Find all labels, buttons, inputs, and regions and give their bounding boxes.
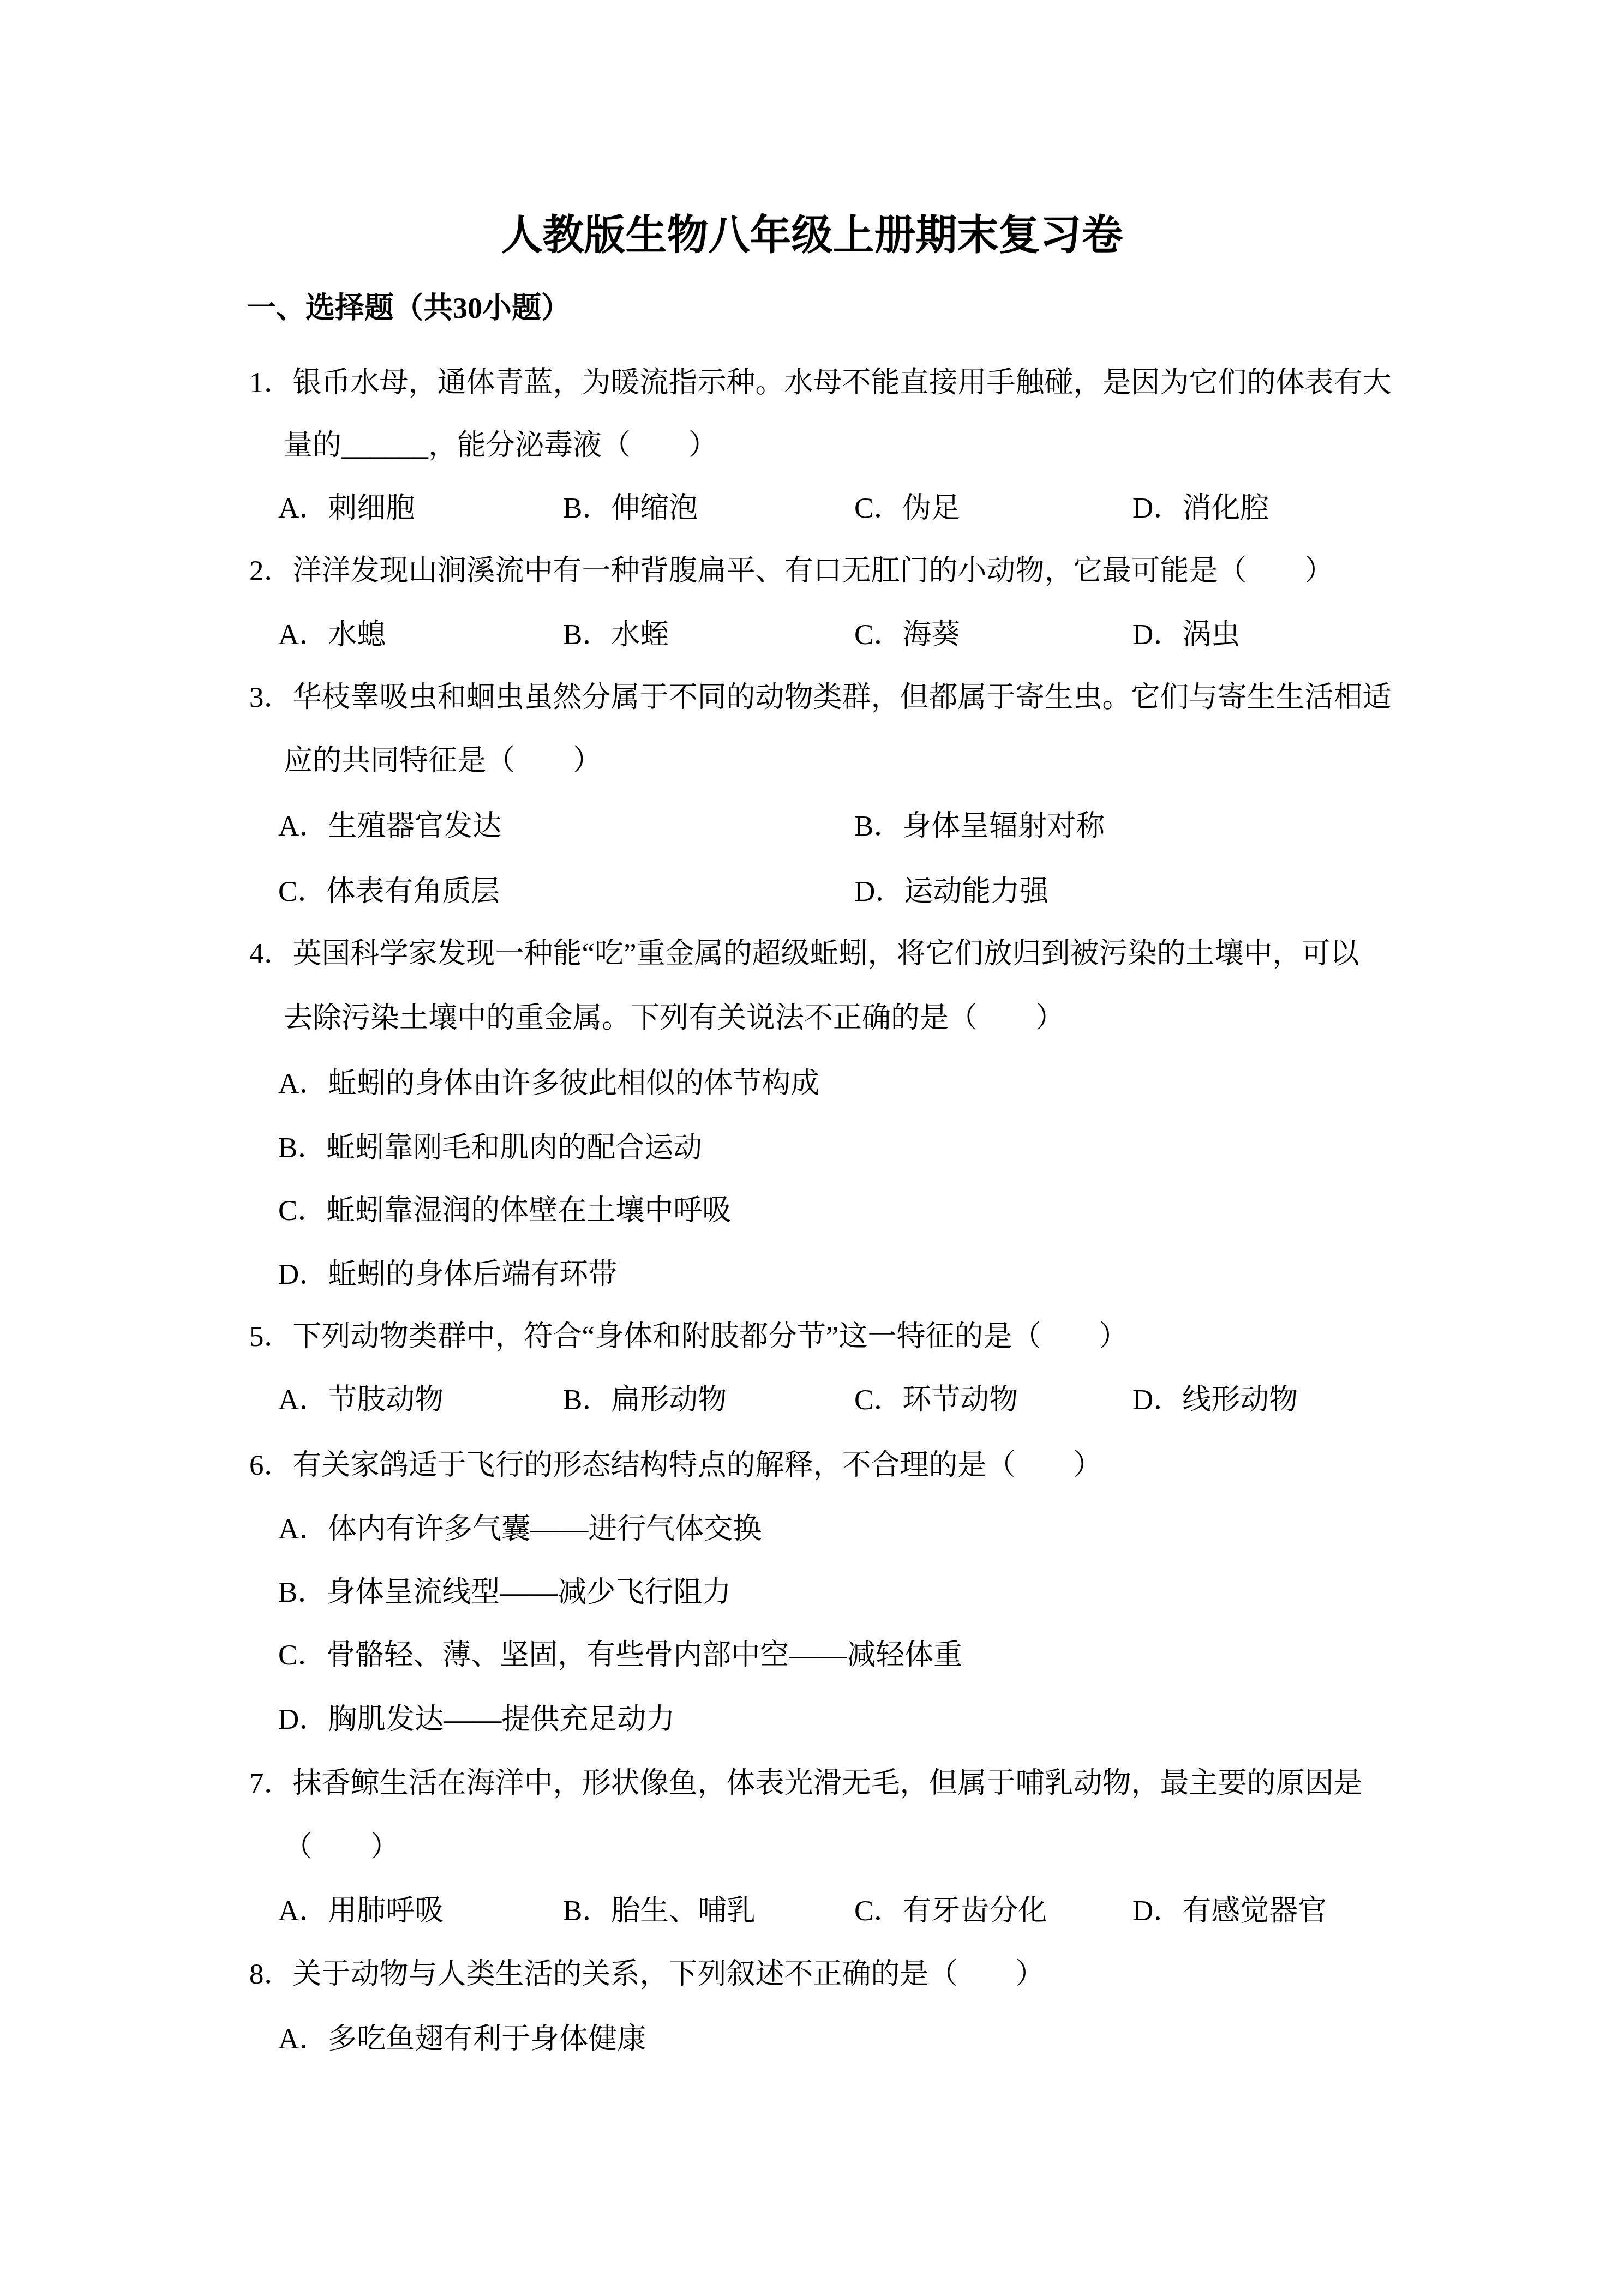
question-4-option-a: A．蚯蚓的身体由许多彼此相似的体节构成 [278, 1066, 819, 1101]
question-2-number: 2． [249, 554, 293, 588]
question-4-option-row-a: A．蚯蚓的身体由许多彼此相似的体节构成 [0, 1066, 1624, 1101]
question-1-option-b: B．伸缩泡 [563, 491, 698, 526]
question-1-stem-line-1: 1．银币水母，通体青蓝，为暖流指示种。水母不能直接用手触碰，是因为它们的体表有大 [249, 365, 1392, 400]
question-6-stem-line-1: 6．有关家鸽适于飞行的形态结构特点的解释，不合理的是（ ） [249, 1448, 1102, 1483]
question-3-option-c: C．体表有角质层 [278, 874, 500, 909]
question-4-option-b: B．蚯蚓靠刚毛和肌肉的配合运动 [278, 1131, 702, 1165]
question-3-options-row-2: C．体表有角质层 D．运动能力强 [0, 874, 1624, 909]
question-5-text: 下列动物类群中，符合“身体和附肢都分节”这一特征的是（ ） [293, 1321, 1128, 1353]
question-1-number: 1． [249, 365, 293, 400]
question-7-option-c: C．有牙齿分化 [854, 1894, 1047, 1928]
question-5-option-a: A．节肢动物 [278, 1383, 444, 1417]
question-4-stem-line-2: 去除污染土壤中的重金属。下列有关说法不正确的是（ ） [284, 1001, 1064, 1036]
question-8-text: 关于动物与人类生活的关系，下列叙述不正确的是（ ） [293, 1958, 1045, 1990]
question-1-text: 银币水母，通体青蓝，为暖流指示种。水母不能直接用手触碰，是因为它们的体表有大 [293, 367, 1392, 399]
question-3-text: 华枝睾吸虫和蛔虫虽然分属于不同的动物类群，但都属于寄生虫。它们与寄生生活相适 [293, 682, 1392, 713]
question-7-number: 7． [249, 1766, 293, 1801]
question-2-option-d: D．涡虫 [1132, 617, 1240, 652]
question-1-option-c: C．伪足 [854, 491, 960, 526]
question-4-option-row-c: C．蚯蚓靠湿润的体壁在土壤中呼吸 [0, 1193, 1624, 1228]
question-1-stem-line-2: 量的______，能分泌毒液（ ） [284, 428, 717, 463]
question-1-options: A．刺细胞 B．伸缩泡 C．伪足 D．消化腔 [0, 491, 1624, 526]
question-7-options: A．用肺呼吸 B．胎生、哺乳 C．有牙齿分化 D．有感觉器官 [0, 1894, 1624, 1928]
question-6-option-row-d: D．胸肌发达——提供充足动力 [0, 1702, 1624, 1737]
question-6-option-c: C．骨骼轻、薄、坚固，有些骨内部中空——减轻体重 [278, 1638, 962, 1673]
question-4-option-c: C．蚯蚓靠湿润的体壁在土壤中呼吸 [278, 1193, 731, 1228]
question-6-number: 6． [249, 1448, 293, 1483]
question-1-option-d: D．消化腔 [1132, 491, 1269, 526]
question-7-option-d: D．有感觉器官 [1132, 1894, 1327, 1928]
question-3-option-b: B．身体呈辐射对称 [854, 809, 1105, 844]
question-7-stem-line-1: 7．抹香鲸生活在海洋中，形状像鱼，体表光滑无毛，但属于哺乳动物，最主要的原因是 [249, 1766, 1363, 1801]
question-5-option-d: D．线形动物 [1132, 1383, 1298, 1417]
question-7-stem-line-2: （ ） [284, 1830, 399, 1865]
question-6-option-a: A．体内有许多气囊——进行气体交换 [278, 1512, 762, 1547]
question-6-option-row-c: C．骨骼轻、薄、坚固，有些骨内部中空——减轻体重 [0, 1638, 1624, 1673]
question-2-option-a: A．水螅 [278, 617, 386, 652]
question-6-option-d: D．胸肌发达——提供充足动力 [278, 1702, 675, 1737]
question-2-text: 洋洋发现山涧溪流中有一种背腹扁平、有口无肛门的小动物，它最可能是（ ） [293, 555, 1334, 587]
question-1-option-a: A．刺细胞 [278, 491, 415, 526]
section-heading: 一、选择题（共30小题） [247, 290, 571, 326]
question-5-number: 5． [249, 1319, 293, 1354]
question-6-option-b: B．身体呈流线型——减少飞行阻力 [278, 1575, 731, 1610]
question-5-stem-line-1: 5．下列动物类群中，符合“身体和附肢都分节”这一特征的是（ ） [249, 1319, 1128, 1354]
question-2-option-c: C．海葵 [854, 617, 960, 652]
question-2-options: A．水螅 B．水蛭 C．海葵 D．涡虫 [0, 617, 1624, 652]
question-5-option-b: B．扁形动物 [563, 1383, 727, 1417]
question-3-number: 3． [249, 680, 293, 715]
exam-document-page: { "doc": { "title": "人教版生物八年级上册期末复习卷" },… [0, 0, 1624, 2296]
question-3-option-a: A．生殖器官发达 [278, 809, 501, 844]
question-3-options-row-1: A．生殖器官发达 B．身体呈辐射对称 [0, 809, 1624, 844]
question-5-option-c: C．环节动物 [854, 1383, 1018, 1417]
question-4-stem-line-1: 4．英国科学家发现一种能“吃”重金属的超级蚯蚓，将它们放归到被污染的土壤中，可以 [249, 936, 1359, 971]
question-8-option-row-a: A．多吃鱼翅有利于身体健康 [0, 2022, 1624, 2057]
question-7-text: 抹香鲸生活在海洋中，形状像鱼，体表光滑无毛，但属于哺乳动物，最主要的原因是 [293, 1768, 1363, 1799]
question-4-option-row-b: B．蚯蚓靠刚毛和肌肉的配合运动 [0, 1131, 1624, 1165]
question-7-option-a: A．用肺呼吸 [278, 1894, 444, 1928]
page-title: 人教版生物八年级上册期末复习卷 [0, 212, 1624, 260]
question-7-option-b: B．胎生、哺乳 [563, 1894, 756, 1928]
question-3-option-d: D．运动能力强 [854, 874, 1048, 909]
question-6-text: 有关家鸽适于飞行的形态结构特点的解释，不合理的是（ ） [293, 1450, 1102, 1481]
question-4-number: 4． [249, 936, 293, 971]
question-2-stem-line-1: 2．洋洋发现山涧溪流中有一种背腹扁平、有口无肛门的小动物，它最可能是（ ） [249, 554, 1334, 588]
question-3-stem-line-1: 3．华枝睾吸虫和蛔虫虽然分属于不同的动物类群，但都属于寄生虫。它们与寄生生活相适 [249, 680, 1392, 715]
question-8-stem-line-1: 8．关于动物与人类生活的关系，下列叙述不正确的是（ ） [249, 1957, 1045, 1992]
question-8-option-a: A．多吃鱼翅有利于身体健康 [278, 2022, 646, 2057]
question-8-number: 8． [249, 1957, 293, 1992]
question-6-option-row-a: A．体内有许多气囊——进行气体交换 [0, 1512, 1624, 1547]
question-6-option-row-b: B．身体呈流线型——减少飞行阻力 [0, 1575, 1624, 1610]
question-3-stem-line-2: 应的共同特征是（ ） [284, 743, 602, 778]
question-2-option-b: B．水蛭 [563, 617, 669, 652]
question-4-text: 英国科学家发现一种能“吃”重金属的超级蚯蚓，将它们放归到被污染的土壤中，可以 [293, 938, 1359, 970]
question-4-option-row-d: D．蚯蚓的身体后端有环带 [0, 1257, 1624, 1292]
question-4-option-d: D．蚯蚓的身体后端有环带 [278, 1257, 617, 1292]
question-5-options: A．节肢动物 B．扁形动物 C．环节动物 D．线形动物 [0, 1383, 1624, 1417]
